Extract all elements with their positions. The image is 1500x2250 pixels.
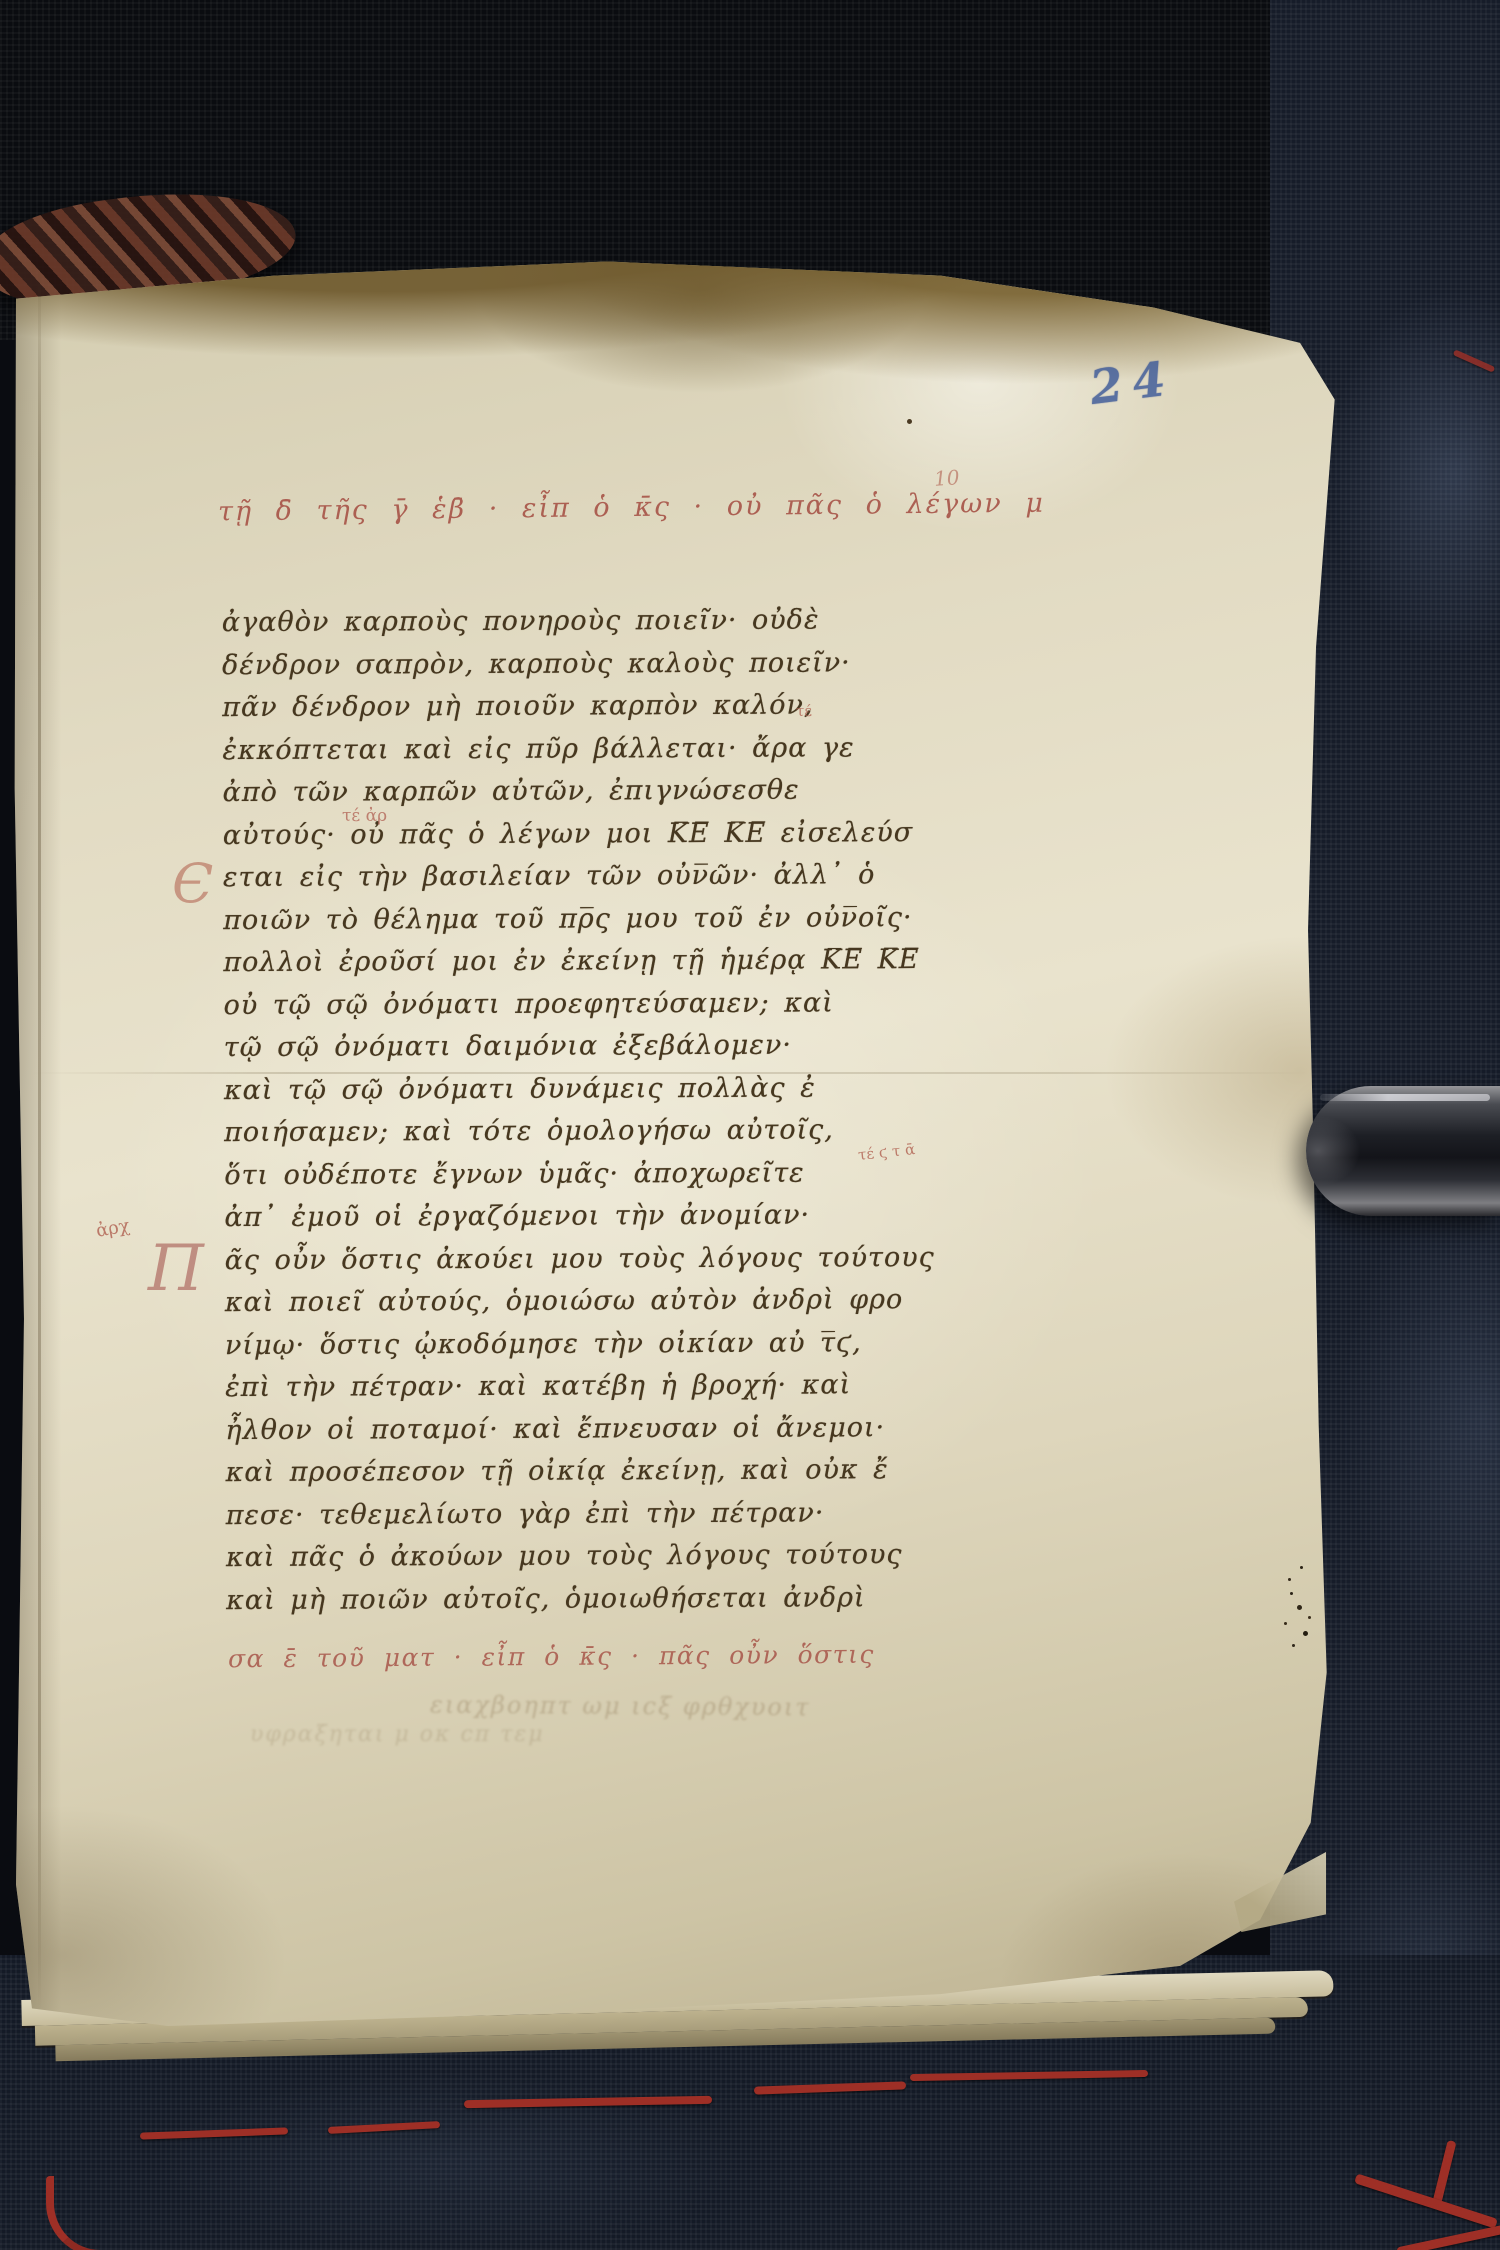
page-number: 24 bbox=[1087, 351, 1178, 416]
text-line: ᾶς οὖν ὅστις ἀκούει μου τοὺς λόγους τούτ… bbox=[225, 1235, 1185, 1282]
text-line: καὶ τῷ σῷ ὀνόματι δυνάμεις πολλὰς ἐ bbox=[224, 1065, 1184, 1112]
telos-mark: τέ bbox=[796, 702, 812, 720]
lection-rubric-bottom: σα ε̄ τοῦ ματ · εἶπ ὁ κ̄ς · πᾶς οὖν ὅστι… bbox=[228, 1640, 875, 1674]
text-line: καὶ ποιεῖ αὐτούς, ὁμοιώσω αὐτὸν ἀνδρὶ φρ… bbox=[225, 1278, 1185, 1325]
text-block: ἀγαθὸν καρποὺς πονηροὺς ποιεῖν· οὐδὲ δέν… bbox=[222, 598, 1186, 1622]
text-line: εται εἰς τὴν βασιλείαν τῶν οὐν̅ῶν· ἀλλ᾽ … bbox=[223, 853, 1183, 900]
red-stitch-curve bbox=[46, 2176, 132, 2250]
text-line: νίμῳ· ὅστις ᾠκοδόμησε τὴν οἰκίαν αὐ τ̅ϛ, bbox=[225, 1320, 1185, 1367]
ink-speckles bbox=[1290, 1592, 1293, 1595]
red-initial-pi: Π bbox=[148, 1232, 204, 1306]
text-line: ἐπὶ τὴν πέτραν· καὶ κατέβη ἡ βροχή· καὶ bbox=[225, 1363, 1185, 1410]
text-line: καὶ προσέπεσον τῇ οἰκίᾳ ἐκείνῃ, καὶ οὐκ … bbox=[225, 1448, 1185, 1495]
text-line: πολλοὶ ἐροῦσί μοι ἐν ἐκείνῃ τῇ ἡμέρᾳ Κ̅Ε… bbox=[223, 938, 1183, 985]
text-line: ἐκκόπτεται καὶ εἰς πῦρ βάλλεται· ἄρα γε bbox=[222, 725, 1182, 772]
text-line: ποιῶν τὸ θέλημα τοῦ πρ̅ς μου τοῦ ἐν οὐν̅… bbox=[223, 895, 1183, 942]
text-line: ποιήσαμεν; καὶ τότε ὁμολογήσω αὐτοῖς, bbox=[224, 1108, 1184, 1155]
text-line: καὶ μὴ ποιῶν αὐτοῖς, ὁμοιωθήσεται ἀνδρὶ bbox=[226, 1575, 1186, 1622]
glass-page-weight-rod bbox=[1306, 1086, 1500, 1216]
text-line: οὐ τῷ σῷ ὀνόματι προεφητεύσαμεν; καὶ bbox=[223, 980, 1183, 1027]
text-line: πεσε· τεθεμελίωτο γὰρ ἐπὶ τὴν πέτραν· bbox=[226, 1490, 1186, 1537]
show-through-text: ειαχβοηπτ ωμ ιϲξ φρθχυοιτ bbox=[430, 1691, 811, 1722]
text-line: ἀγαθὸν καρποὺς πονηροὺς ποιεῖν· οὐδὲ bbox=[222, 598, 1182, 645]
text-line: ὅτι οὐδέποτε ἔγνων ὑμᾶς· ἀποχωρεῖτε bbox=[224, 1150, 1184, 1197]
red-initial-epsilon: Є bbox=[172, 852, 213, 915]
inline-red-mark: τέ ἀρ bbox=[342, 806, 387, 826]
page-crease-vertical bbox=[38, 262, 41, 2012]
text-line: τῷ σῷ ὀνόματι δαιμόνια ἐξεβάλομεν· bbox=[224, 1023, 1184, 1070]
rod-highlight bbox=[1320, 1094, 1490, 1101]
text-line: ἦλθον οἱ ποταμοί· καὶ ἔπνευσαν οἱ ἄνεμοι… bbox=[225, 1405, 1185, 1452]
text-line: πᾶν δένδρον μὴ ποιοῦν καρπὸν καλόν, bbox=[222, 683, 1182, 730]
text-line: ἀπ᾽ ἐμοῦ οἱ ἐργαζόμενοι τὴν ἀνομίαν· bbox=[224, 1193, 1184, 1240]
manuscript-photo: 24 10 τῇ δ̄ τῆς γ̄ ἑβ̄ · εἶπ ὁ κ̄ς · οὐ … bbox=[0, 0, 1500, 2250]
quire-mark: 10 bbox=[933, 465, 960, 491]
text-line: δένδρον σαπρὸν, καρποὺς καλοὺς ποιεῖν· bbox=[222, 640, 1182, 687]
show-through-text: υφραξηται μ οκ ϲπ τεμ bbox=[250, 1722, 545, 1747]
text-line: καὶ πᾶς ὁ ἀκούων μου τοὺς λόγους τούτους bbox=[226, 1533, 1186, 1580]
